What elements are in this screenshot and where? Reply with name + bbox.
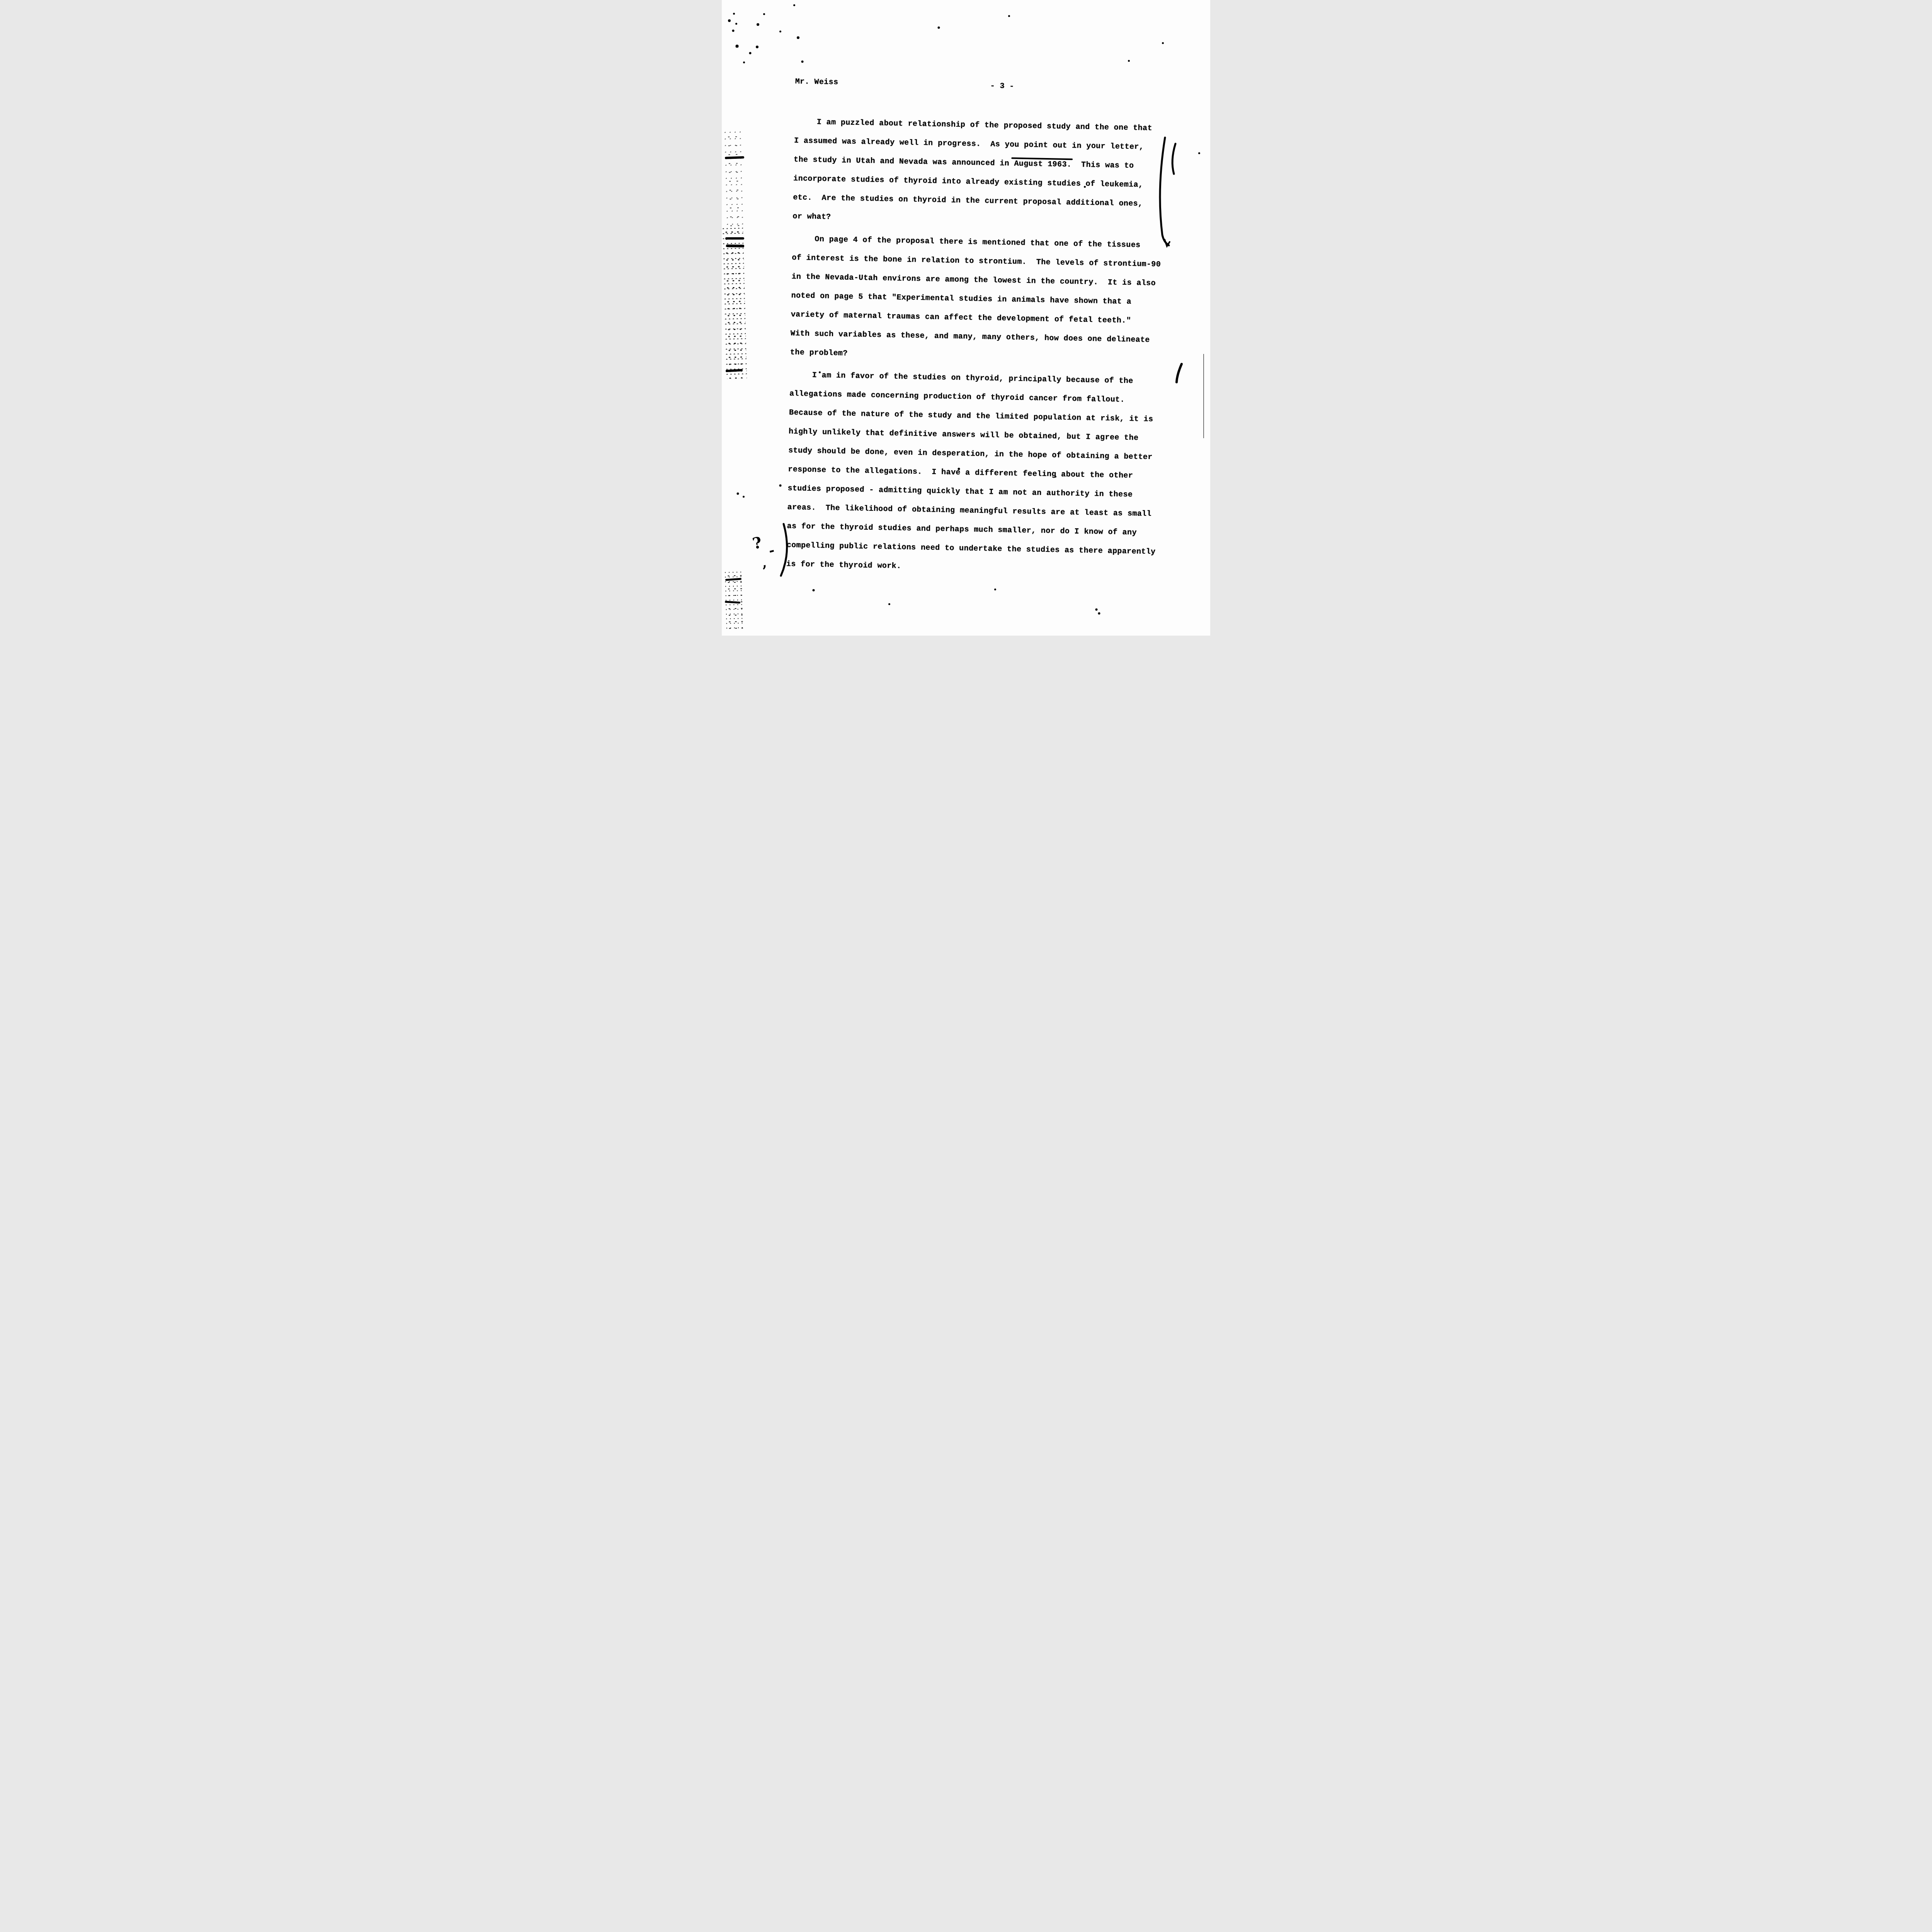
text-segment: This was to (1071, 160, 1134, 170)
paragraph-1: I am puzzled about relationship of the p… (793, 112, 1165, 233)
paragraph-2: On page 4 of the proposal there is menti… (790, 230, 1163, 369)
handwritten-question-mark: ? (751, 535, 763, 552)
left-edge-noise-strip (724, 130, 745, 227)
overlined-date-august-1963: August 1963. (1014, 159, 1071, 169)
left-edge-streak (726, 245, 744, 248)
right-margin-stroke-hook-icon (1165, 240, 1170, 246)
page-number: - 3 - (990, 82, 1014, 91)
scan-speck-artifacts (722, 0, 723, 1)
right-edge-scan-line (1203, 354, 1204, 438)
right-margin-stroke-icon (1177, 364, 1182, 382)
left-edge-streak (725, 237, 744, 240)
scanned-letter-page: ? , - Mr. Weiss - 3 - I am puzzled about… (722, 0, 1210, 636)
text-segment: the study in Utah and Nevada was announc… (794, 155, 1014, 168)
left-edge-noise-strip (722, 227, 747, 379)
recipient-name: Mr. Weiss (795, 77, 838, 87)
handwritten-comma: , (761, 556, 767, 570)
typed-text-block: Mr. Weiss - 3 - I am puzzled about relat… (786, 77, 1166, 580)
paragraph-3: I am in favor of the studies on thyroid,… (786, 366, 1161, 581)
right-margin-paren-stroke-short-icon (1172, 144, 1175, 174)
handwritten-dash: - (767, 544, 775, 558)
